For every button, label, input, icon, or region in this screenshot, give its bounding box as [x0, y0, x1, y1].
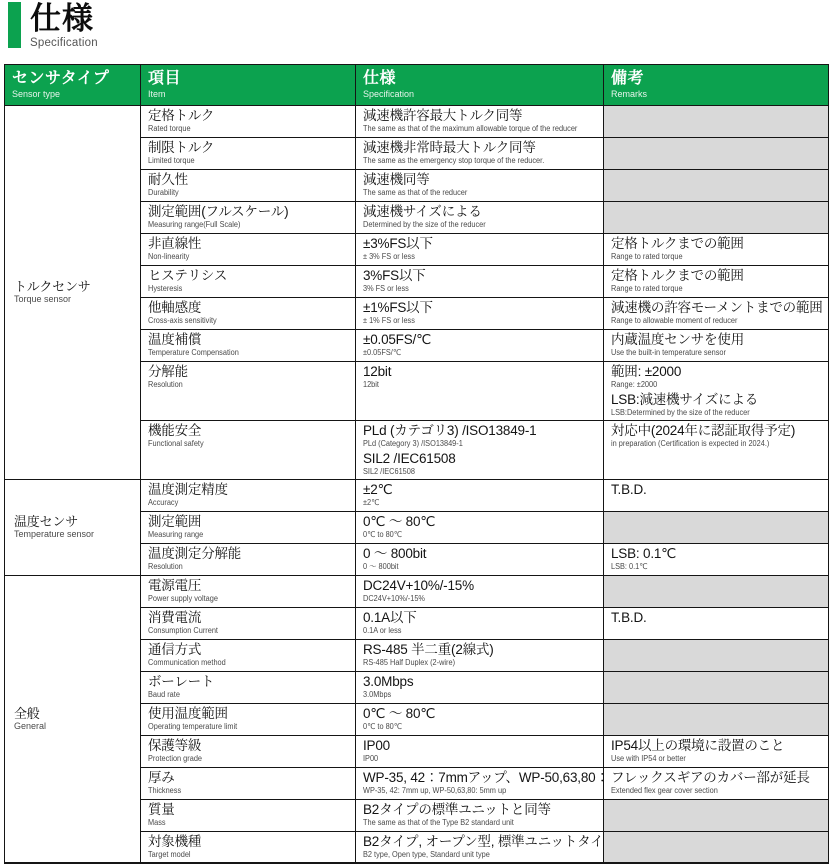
- remark-ja: 対応中(2024年に認証取得予定): [611, 423, 823, 439]
- spec-ja: WP-35, 42：7mmアップ、WP-50,63,80：5mmアップ: [363, 770, 598, 786]
- column-header-ja: 仕様: [363, 69, 597, 89]
- table-body: トルクセンサTorque sensor定格トルクRated torque減速機許…: [5, 106, 829, 864]
- item-en: Operating temperature limit: [148, 722, 334, 732]
- spec-page: 仕様 Specification センサタイプSensor type項目Item…: [0, 0, 832, 868]
- item-en: Hysteresis: [148, 284, 334, 294]
- spec-en: The same as that of the reducer: [363, 188, 579, 198]
- remark-cell-empty: [604, 138, 829, 170]
- remark-en: Range: ±2000: [611, 380, 806, 390]
- spec-cell: 減速機許容最大トルク同等The same as that of the maxi…: [356, 106, 604, 138]
- table-row: 全般General電源電圧Power supply voltageDC24V+1…: [5, 575, 829, 607]
- spec-ja: DC24V+10%/-15%: [363, 578, 598, 594]
- item-ja: 対象機種: [148, 834, 350, 850]
- remark-ja: T.B.D.: [611, 482, 823, 498]
- item-cell: ボーレートBaud rate: [141, 671, 356, 703]
- item-en: Non-linearity: [148, 252, 334, 262]
- remark-cell: 定格トルクまでの範囲Range to rated torque: [604, 266, 829, 298]
- remark-cell: T.B.D.: [604, 479, 829, 511]
- item-cell: 分解能Resolution: [141, 362, 356, 421]
- spec-cell: 0.1A以下0.1A or less: [356, 607, 604, 639]
- item-cell: 厚みThickness: [141, 767, 356, 799]
- remark-ja: T.B.D.: [611, 610, 823, 626]
- remark-en: Use with IP54 or better: [611, 754, 806, 764]
- spec-cell: 減速機同等The same as that of the reducer: [356, 170, 604, 202]
- spec-en: 12bit: [363, 380, 579, 390]
- item-ja: 他軸感度: [148, 300, 350, 316]
- remark-ja: 定格トルクまでの範囲: [611, 236, 823, 252]
- item-en: Measuring range: [148, 530, 334, 540]
- spec-cell: PLd (カテゴリ3) /ISO13849-1PLd (Category 3) …: [356, 420, 604, 479]
- column-header-en: Sensor type: [12, 89, 134, 100]
- spec-cell: 3%FS以下3% FS or less: [356, 266, 604, 298]
- spec-cell: ±2℃±2℃: [356, 479, 604, 511]
- remark-en: Extended flex gear cover section: [611, 786, 806, 796]
- remark-en: Range to rated torque: [611, 284, 806, 294]
- spec-ja: ±0.05FS/℃: [363, 332, 598, 348]
- spec-ja: SIL2 /IEC61508: [363, 451, 598, 467]
- item-ja: 測定範囲: [148, 514, 350, 530]
- item-ja: 質量: [148, 802, 350, 818]
- spec-en: 3.0Mbps: [363, 690, 579, 700]
- spec-ja: ±2℃: [363, 482, 598, 498]
- remark-cell: 内蔵温度センサを使用Use the built-in temperature s…: [604, 330, 829, 362]
- item-en: Limited torque: [148, 156, 334, 166]
- item-ja: 電源電圧: [148, 578, 350, 594]
- sensor-type-en: Torque sensor: [14, 294, 135, 305]
- spec-ja: 0.1A以下: [363, 610, 598, 626]
- title-accent-bar: [8, 2, 21, 48]
- spec-cell: B2タイプ, オープン型, 標準ユニットタイプB2 type, Open typ…: [356, 831, 604, 863]
- spec-cell: 減速機非常時最大トルク同等The same as the emergency s…: [356, 138, 604, 170]
- spec-en: 0℃ to 80℃: [363, 722, 579, 732]
- item-en: Functional safety: [148, 439, 334, 449]
- item-cell: 温度測定精度Accuracy: [141, 479, 356, 511]
- remark-ja: LSB:減速機サイズによる: [611, 392, 823, 408]
- item-ja: ボーレート: [148, 674, 350, 690]
- item-en: Communication method: [148, 658, 334, 668]
- item-ja: 温度測定精度: [148, 482, 350, 498]
- remark-cell: フレックスギアのカバー部が延長Extended flex gear cover …: [604, 767, 829, 799]
- spec-en: 0 ～ 800bit: [363, 562, 579, 572]
- spec-ja: ±3%FS以下: [363, 236, 598, 252]
- remark-ja: 内蔵温度センサを使用: [611, 332, 823, 348]
- spec-cell: ±0.05FS/℃±0.05FS/℃: [356, 330, 604, 362]
- item-cell: 非直線性Non-linearity: [141, 234, 356, 266]
- column-header-en: Remarks: [611, 89, 822, 100]
- spec-en: 0.1A or less: [363, 626, 579, 636]
- spec-en: PLd (Category 3) /ISO13849-1: [363, 439, 579, 449]
- item-en: Rated torque: [148, 124, 334, 134]
- item-cell: 対象機種Target model: [141, 831, 356, 863]
- remark-cell-empty: [604, 831, 829, 863]
- spec-en: B2 type, Open type, Standard unit type: [363, 850, 579, 860]
- item-en: Resolution: [148, 380, 334, 390]
- remark-ja: IP54以上の環境に設置のこと: [611, 738, 823, 754]
- item-ja: 測定範囲(フルスケール): [148, 204, 350, 220]
- remark-cell-empty: [604, 639, 829, 671]
- remark-cell-empty: [604, 202, 829, 234]
- item-ja: 定格トルク: [148, 108, 350, 124]
- sensor-type-cell: 全般General: [5, 575, 141, 863]
- spec-cell: 0℃ ～ 80℃0℃ to 80℃: [356, 703, 604, 735]
- spec-en: The same as that of the Type B2 standard…: [363, 818, 579, 828]
- page-header: 仕様 Specification: [8, 2, 98, 49]
- item-ja: 非直線性: [148, 236, 350, 252]
- remark-ja: フレックスギアのカバー部が延長: [611, 770, 823, 786]
- spec-en: The same as that of the maximum allowabl…: [363, 124, 579, 134]
- remark-en: in preparation (Certification is expecte…: [611, 439, 806, 449]
- column-header-en: Item: [148, 89, 349, 100]
- column-header-ja: センサタイプ: [12, 69, 134, 89]
- item-en: Consumption Current: [148, 626, 334, 636]
- item-cell: 消費電流Consumption Current: [141, 607, 356, 639]
- item-cell: 通信方式Communication method: [141, 639, 356, 671]
- remark-cell: 減速機の許容モーメントまでの範囲Range to allowable momen…: [604, 298, 829, 330]
- remark-cell-empty: [604, 575, 829, 607]
- spec-cell: IP00IP00: [356, 735, 604, 767]
- spec-en: DC24V+10%/-15%: [363, 594, 579, 604]
- remark-en: Range to allowable moment of reducer: [611, 316, 806, 326]
- item-cell: 温度測定分解能Resolution: [141, 543, 356, 575]
- spec-en: WP-35, 42: 7mm up, WP-50,63,80: 5mm up: [363, 786, 579, 796]
- remark-cell-empty: [604, 106, 829, 138]
- item-cell: 他軸感度Cross-axis sensitivity: [141, 298, 356, 330]
- spec-cell: WP-35, 42：7mmアップ、WP-50,63,80：5mmアップWP-35…: [356, 767, 604, 799]
- table-header-row: センサタイプSensor type項目Item仕様Specification備考…: [5, 65, 829, 106]
- remark-cell: LSB: 0.1℃LSB: 0.1℃: [604, 543, 829, 575]
- table-row: 温度センサTemperature sensor温度測定精度Accuracy±2℃…: [5, 479, 829, 511]
- item-ja: 消費電流: [148, 610, 350, 626]
- item-cell: 保護等級Protection grade: [141, 735, 356, 767]
- spec-ja: 減速機同等: [363, 172, 598, 188]
- item-cell: ヒステリシスHysteresis: [141, 266, 356, 298]
- spec-en: SIL2 /IEC61508: [363, 467, 579, 477]
- item-cell: 制限トルクLimited torque: [141, 138, 356, 170]
- column-header-ja: 備考: [611, 69, 822, 89]
- remark-cell: T.B.D.: [604, 607, 829, 639]
- remark-cell-empty: [604, 671, 829, 703]
- item-en: Durability: [148, 188, 334, 198]
- item-en: Protection grade: [148, 754, 334, 764]
- sensor-type-cell: トルクセンサTorque sensor: [5, 106, 141, 480]
- spec-ja: PLd (カテゴリ3) /ISO13849-1: [363, 423, 598, 439]
- item-en: Resolution: [148, 562, 334, 572]
- item-ja: 耐久性: [148, 172, 350, 188]
- spec-cell: B2タイプの標準ユニットと同等The same as that of the T…: [356, 799, 604, 831]
- remark-cell-empty: [604, 799, 829, 831]
- item-en: Target model: [148, 850, 334, 860]
- spec-cell: DC24V+10%/-15%DC24V+10%/-15%: [356, 575, 604, 607]
- item-cell: 測定範囲(フルスケール)Measuring range(Full Scale): [141, 202, 356, 234]
- spec-en: RS-485 Half Duplex (2-wire): [363, 658, 579, 668]
- table-header: センサタイプSensor type項目Item仕様Specification備考…: [5, 65, 829, 106]
- remark-cell: 定格トルクまでの範囲Range to rated torque: [604, 234, 829, 266]
- spec-cell: 0℃ ～ 80℃0℃ to 80℃: [356, 511, 604, 543]
- item-ja: 分解能: [148, 364, 350, 380]
- remark-en: Use the built-in temperature sensor: [611, 348, 806, 358]
- item-cell: 機能安全Functional safety: [141, 420, 356, 479]
- column-header-ja: 項目: [148, 69, 349, 89]
- spec-ja: 0 ～ 800bit: [363, 546, 598, 562]
- spec-cell: 減速機サイズによるDetermined by the size of the r…: [356, 202, 604, 234]
- page-title: 仕様: [30, 2, 98, 36]
- remark-ja: 減速機の許容モーメントまでの範囲: [611, 300, 823, 316]
- item-ja: 温度補償: [148, 332, 350, 348]
- spec-ja: B2タイプの標準ユニットと同等: [363, 802, 598, 818]
- table-row: トルクセンサTorque sensor定格トルクRated torque減速機許…: [5, 106, 829, 138]
- item-cell: 温度補償Temperature Compensation: [141, 330, 356, 362]
- column-header-3: 備考Remarks: [604, 65, 829, 106]
- item-cell: 定格トルクRated torque: [141, 106, 356, 138]
- specification-table: センサタイプSensor type項目Item仕様Specification備考…: [4, 64, 829, 864]
- item-ja: 使用温度範囲: [148, 706, 350, 722]
- item-cell: 使用温度範囲Operating temperature limit: [141, 703, 356, 735]
- spec-cell: 3.0Mbps3.0Mbps: [356, 671, 604, 703]
- spec-ja: 12bit: [363, 364, 598, 380]
- spec-en: The same as the emergency stop torque of…: [363, 156, 579, 166]
- item-ja: 制限トルク: [148, 140, 350, 156]
- spec-ja: 0℃ ～ 80℃: [363, 514, 598, 530]
- spec-cell: ±3%FS以下± 3% FS or less: [356, 234, 604, 266]
- item-en: Mass: [148, 818, 334, 828]
- item-cell: 耐久性Durability: [141, 170, 356, 202]
- remark-ja: 範囲: ±2000: [611, 364, 823, 380]
- column-header-1: 項目Item: [141, 65, 356, 106]
- spec-en: ± 3% FS or less: [363, 252, 579, 262]
- spec-en: ±0.05FS/℃: [363, 348, 579, 358]
- item-en: Thickness: [148, 786, 334, 796]
- item-en: Measuring range(Full Scale): [148, 220, 334, 230]
- remark-cell-empty: [604, 511, 829, 543]
- column-header-en: Specification: [363, 89, 597, 100]
- spec-ja: B2タイプ, オープン型, 標準ユニットタイプ: [363, 834, 598, 850]
- page-subtitle: Specification: [30, 37, 98, 49]
- remark-cell: 範囲: ±2000Range: ±2000LSB:減速機サイズによるLSB:De…: [604, 362, 829, 421]
- spec-cell: ±1%FS以下± 1% FS or less: [356, 298, 604, 330]
- remark-cell: IP54以上の環境に設置のことUse with IP54 or better: [604, 735, 829, 767]
- sensor-type-en: Temperature sensor: [14, 529, 135, 540]
- spec-cell: 0 ～ 800bit0 ～ 800bit: [356, 543, 604, 575]
- item-ja: 厚み: [148, 770, 350, 786]
- spec-cell: 12bit12bit: [356, 362, 604, 421]
- item-ja: 温度測定分解能: [148, 546, 350, 562]
- item-ja: 保護等級: [148, 738, 350, 754]
- remark-en: LSB: 0.1℃: [611, 562, 806, 572]
- spec-ja: 減速機サイズによる: [363, 204, 598, 220]
- item-en: Temperature Compensation: [148, 348, 334, 358]
- column-header-0: センサタイプSensor type: [5, 65, 141, 106]
- spec-ja: ±1%FS以下: [363, 300, 598, 316]
- title-text: 仕様 Specification: [30, 2, 98, 49]
- spec-ja: IP00: [363, 738, 598, 754]
- remark-cell-empty: [604, 703, 829, 735]
- spec-en: 3% FS or less: [363, 284, 579, 294]
- sensor-type-ja: 全般: [14, 706, 135, 721]
- item-en: Cross-axis sensitivity: [148, 316, 334, 326]
- item-ja: 通信方式: [148, 642, 350, 658]
- sensor-type-ja: トルクセンサ: [14, 279, 135, 294]
- item-cell: 質量Mass: [141, 799, 356, 831]
- spec-ja: RS-485 半二重(2線式): [363, 642, 598, 658]
- column-header-2: 仕様Specification: [356, 65, 604, 106]
- remark-ja: 定格トルクまでの範囲: [611, 268, 823, 284]
- spec-ja: 3%FS以下: [363, 268, 598, 284]
- remark-en: Range to rated torque: [611, 252, 806, 262]
- item-ja: ヒステリシス: [148, 268, 350, 284]
- item-cell: 測定範囲Measuring range: [141, 511, 356, 543]
- remark-cell: 対応中(2024年に認証取得予定)in preparation (Certifi…: [604, 420, 829, 479]
- spec-en: ± 1% FS or less: [363, 316, 579, 326]
- spec-ja: 3.0Mbps: [363, 674, 598, 690]
- spec-en: ±2℃: [363, 498, 579, 508]
- spec-ja: 減速機非常時最大トルク同等: [363, 140, 598, 156]
- spec-en: 0℃ to 80℃: [363, 530, 579, 540]
- item-en: Baud rate: [148, 690, 334, 700]
- spec-en: IP00: [363, 754, 579, 764]
- sensor-type-ja: 温度センサ: [14, 514, 135, 529]
- remark-ja: LSB: 0.1℃: [611, 546, 823, 562]
- item-cell: 電源電圧Power supply voltage: [141, 575, 356, 607]
- spec-ja: 減速機許容最大トルク同等: [363, 108, 598, 124]
- item-ja: 機能安全: [148, 423, 350, 439]
- remark-cell-empty: [604, 170, 829, 202]
- spec-ja: 0℃ ～ 80℃: [363, 706, 598, 722]
- sensor-type-cell: 温度センサTemperature sensor: [5, 479, 141, 575]
- sensor-type-en: General: [14, 721, 135, 732]
- remark-en: LSB:Determined by the size of the reduce…: [611, 408, 806, 418]
- spec-en: Determined by the size of the reducer: [363, 220, 579, 230]
- spec-cell: RS-485 半二重(2線式)RS-485 Half Duplex (2-wir…: [356, 639, 604, 671]
- item-en: Power supply voltage: [148, 594, 334, 604]
- item-en: Accuracy: [148, 498, 334, 508]
